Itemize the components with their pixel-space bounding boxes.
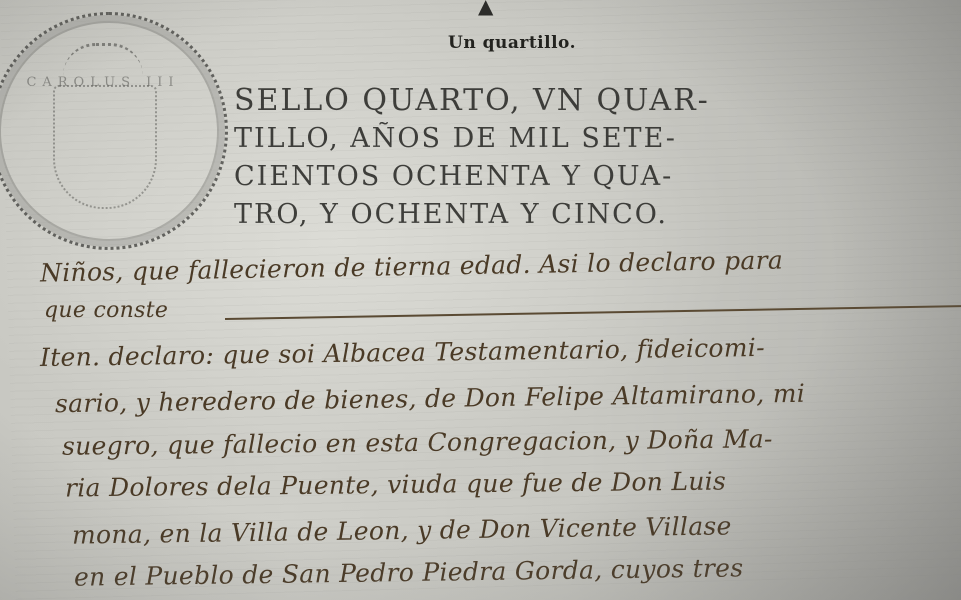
stamp-line: CIENTOS OCHENTA Y QUA- (234, 158, 844, 196)
crown-icon (63, 43, 143, 76)
handwritten-line: que conste (44, 298, 168, 323)
stamp-line: TRO, Y OCHENTA Y CINCO. (234, 196, 844, 234)
seal-ring-text: CAROLUS III (23, 75, 183, 90)
shield-icon (53, 85, 157, 209)
cross-mark-icon: ▲ (478, 0, 493, 18)
stamp-line: TILLO, AÑOS DE MIL SETE- (234, 120, 844, 158)
stamp-denomination: Un quartillo. (448, 33, 576, 53)
royal-seal-stamp: CAROLUS III (0, 12, 228, 250)
stamp-header: SELLO QUARTO, VN QUAR- TILLO, AÑOS DE MI… (234, 82, 844, 234)
stamp-line: SELLO QUARTO, VN QUAR- (234, 82, 844, 120)
